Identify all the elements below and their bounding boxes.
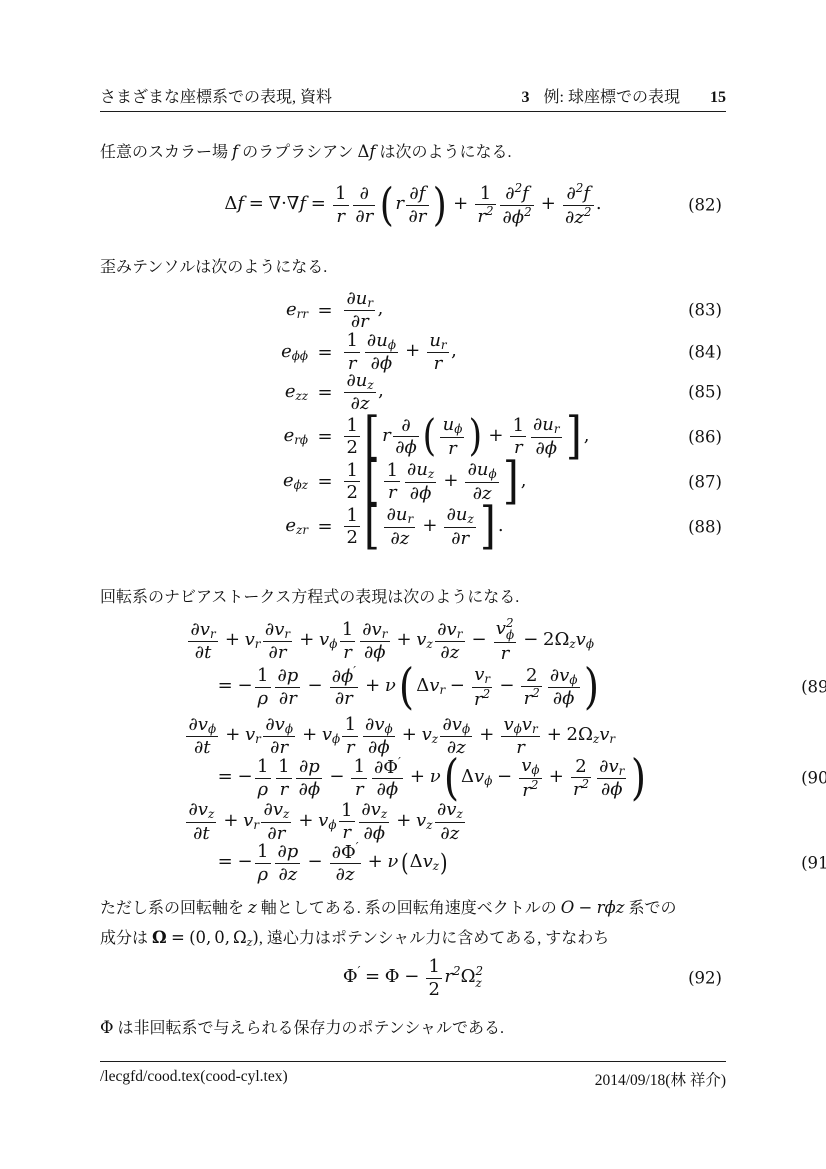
equation-83-number: (83) bbox=[688, 301, 722, 320]
document-page: さまざまな座標系での表現, 資料 3例: 球座標での表現 15 任意のスカラー場… bbox=[0, 0, 826, 1169]
equation-92: Φ′=Φ−12r2Ω2z (92) bbox=[100, 957, 726, 999]
footer-source-path: /lecgfd/cood.tex(cood-cyl.tex) bbox=[100, 1068, 288, 1090]
equation-85-relation: = bbox=[315, 382, 335, 403]
text-run: ただし系の回転軸を bbox=[100, 900, 248, 917]
equation-88-lhs: ezr bbox=[285, 515, 308, 537]
equation-85: ezz = ∂uz∂z, (85) bbox=[100, 371, 726, 413]
equation-92-math: Φ′=Φ−12r2Ω2z bbox=[343, 956, 483, 999]
equation-84-lhs: eϕϕ bbox=[281, 341, 308, 363]
header-left-title: さまざまな座標系での表現, 資料 bbox=[100, 84, 332, 107]
equation-84-relation: = bbox=[315, 342, 335, 363]
text-run: , 遠心力はポテンシャル力に含めてある, すなわち bbox=[259, 930, 609, 947]
paragraph-rotation-note-line2: 成分は Ω=(0,0,Ωz), 遠心力はポテンシャル力に含めてある, すなわち bbox=[100, 926, 760, 951]
equation-90-number: (90) bbox=[801, 769, 826, 788]
equation-83: err = ∂ur∂r, (83) bbox=[100, 289, 726, 331]
equation-83-lhs: err bbox=[286, 299, 308, 321]
equation-88-number: (88) bbox=[688, 517, 722, 536]
equation-88-rhs: 12[∂ur∂z+∂uz∂r]. bbox=[342, 504, 504, 549]
equation-90-line2: =−1ρ1r∂p∂ϕ−1r∂Φ′∂ϕ+ν(Δvϕ−vϕr2+2r2∂vr∂ϕ) … bbox=[100, 754, 826, 802]
inline-math: Φ bbox=[100, 1016, 114, 1041]
header-section-number: 3 bbox=[522, 89, 530, 106]
equation-91-line1: ∂vz∂t+vr∂vz∂r+vϕ1r∂vz∂ϕ+vz∂vz∂z bbox=[100, 800, 810, 843]
header-page-number: 15 bbox=[710, 89, 726, 107]
text-run: のラプラシアン bbox=[238, 144, 357, 161]
equation-90-rhs: =−1ρ1r∂p∂ϕ−1r∂Φ′∂ϕ+ν(Δvϕ−vϕr2+2r2∂vr∂ϕ) bbox=[213, 755, 648, 801]
text-run: 歪みテンソルは次のようになる. bbox=[100, 259, 327, 276]
text-run: は次のようになる. bbox=[376, 144, 512, 161]
equation-86: erϕ = 12[r∂∂ϕ(uϕr)+1r∂ur∂ϕ], (86) bbox=[100, 413, 726, 460]
equation-89-line2: =−1ρ∂p∂r−∂ϕ′∂r+ν(Δvr−vrr2−2r2∂vϕ∂ϕ) (89) bbox=[100, 663, 826, 711]
footer-date-author: 2014/09/18(林 祥介) bbox=[595, 1068, 726, 1090]
equation-91-rhs: =−1ρ∂p∂z−∂Φ′∂z+ν(Δvz) bbox=[213, 841, 449, 885]
equation-85-lhs: ezz bbox=[285, 381, 308, 403]
equation-84: eϕϕ = 1r∂uϕ∂ϕ+urr, (84) bbox=[100, 331, 726, 373]
equation-89-lhs: ∂vr∂t+vr∂vr∂r+vϕ1r∂vr∂ϕ+vz∂vr∂z−v2ϕr−2Ωz… bbox=[186, 618, 594, 664]
text-run: 回転系のナビアストークス方程式の表現は次のようになる. bbox=[100, 589, 519, 606]
equation-86-number: (86) bbox=[688, 427, 722, 446]
header-section: 3例: 球座標での表現 bbox=[522, 84, 680, 107]
text-run: 軸としてある. 系の回転角速度ベクトルの bbox=[257, 900, 561, 917]
header-section-title: 例: 球座標での表現 bbox=[544, 89, 680, 106]
equation-92-number: (92) bbox=[688, 969, 722, 988]
paragraph-rotation-note-line1: ただし系の回転軸を z 軸としてある. 系の回転角速度ベクトルの O−rϕz 系… bbox=[100, 896, 760, 921]
equation-91-line2: =−1ρ∂p∂z−∂Φ′∂z+ν(Δvz) (91) bbox=[100, 842, 826, 884]
equation-82-math: Δf=∇·∇f=1r∂∂r(r∂f∂r)+1r2∂2f∂ϕ2+∂2f∂z2. bbox=[224, 182, 601, 228]
text-run: 系での bbox=[624, 900, 676, 917]
inline-math: Δf bbox=[358, 140, 376, 165]
inline-math: z bbox=[248, 896, 257, 921]
equation-88-relation: = bbox=[315, 516, 335, 537]
equation-84-number: (84) bbox=[688, 343, 722, 362]
equation-89-number: (89) bbox=[801, 678, 826, 697]
equation-85-number: (85) bbox=[688, 383, 722, 402]
equation-91-number: (91) bbox=[801, 854, 826, 873]
inline-math: O−rϕz bbox=[561, 896, 625, 921]
text-run: 任意のスカラー場 bbox=[100, 144, 232, 161]
equation-89-line1: ∂vr∂t+vr∂vr∂r+vϕ1r∂vr∂ϕ+vz∂vr∂z−v2ϕr−2Ωz… bbox=[100, 619, 812, 663]
equation-83-rhs: ∂ur∂r, bbox=[342, 288, 383, 333]
equation-88: ezr = 12[∂ur∂z+∂uz∂r]. (88) bbox=[100, 504, 726, 549]
equation-87-lhs: eϕz bbox=[283, 470, 308, 492]
equation-86-lhs: erϕ bbox=[284, 425, 308, 447]
equation-87-number: (87) bbox=[688, 472, 722, 491]
text-run: 成分は bbox=[100, 930, 152, 947]
equation-86-relation: = bbox=[315, 426, 335, 447]
header-rule bbox=[100, 111, 726, 112]
paragraph-navier-stokes-intro: 回転系のナビアストークス方程式の表現は次のようになる. bbox=[100, 586, 760, 610]
paragraph-strain-intro: 歪みテンソルは次のようになる. bbox=[100, 256, 760, 280]
equation-91-lhs: ∂vz∂t+vr∂vz∂r+vϕ1r∂vz∂ϕ+vz∂vz∂z bbox=[184, 799, 467, 844]
equation-82: Δf=∇·∇f=1r∂∂r(r∂f∂r)+1r2∂2f∂ϕ2+∂2f∂z2. (… bbox=[100, 176, 726, 234]
text-run: は非回転系で与えられる保存力のポテンシャルである. bbox=[114, 1020, 504, 1037]
equation-83-relation: = bbox=[315, 300, 335, 321]
equation-90-lhs: ∂vϕ∂t+vr∂vϕ∂r+vϕ1r∂vϕ∂ϕ+vz∂vϕ∂z+vϕvrr+2Ω… bbox=[184, 714, 615, 759]
footer-rule bbox=[100, 1061, 726, 1062]
paragraph-potential-note: Φ は非回転系で与えられる保存力のポテンシャルである. bbox=[100, 1016, 760, 1041]
equation-87-relation: = bbox=[315, 471, 335, 492]
equation-84-rhs: 1r∂uϕ∂ϕ+urr, bbox=[342, 330, 457, 375]
paragraph-laplacian-intro: 任意のスカラー場 f のラプラシアン Δf は次のようになる. bbox=[100, 140, 760, 165]
equation-89-rhs: =−1ρ∂p∂r−∂ϕ′∂r+ν(Δvr−vrr2−2r2∂vϕ∂ϕ) bbox=[213, 664, 601, 710]
page-header: さまざまな座標系での表現, 資料 3例: 球座標での表現 15 bbox=[100, 84, 726, 107]
equation-87: eϕz = 12[1r∂uz∂ϕ+∂uϕ∂z], (87) bbox=[100, 458, 726, 505]
inline-math: Ω=(0,0,Ωz) bbox=[152, 926, 259, 951]
page-footer: /lecgfd/cood.tex(cood-cyl.tex) 2014/09/1… bbox=[100, 1068, 726, 1090]
equation-82-number: (82) bbox=[688, 196, 722, 215]
